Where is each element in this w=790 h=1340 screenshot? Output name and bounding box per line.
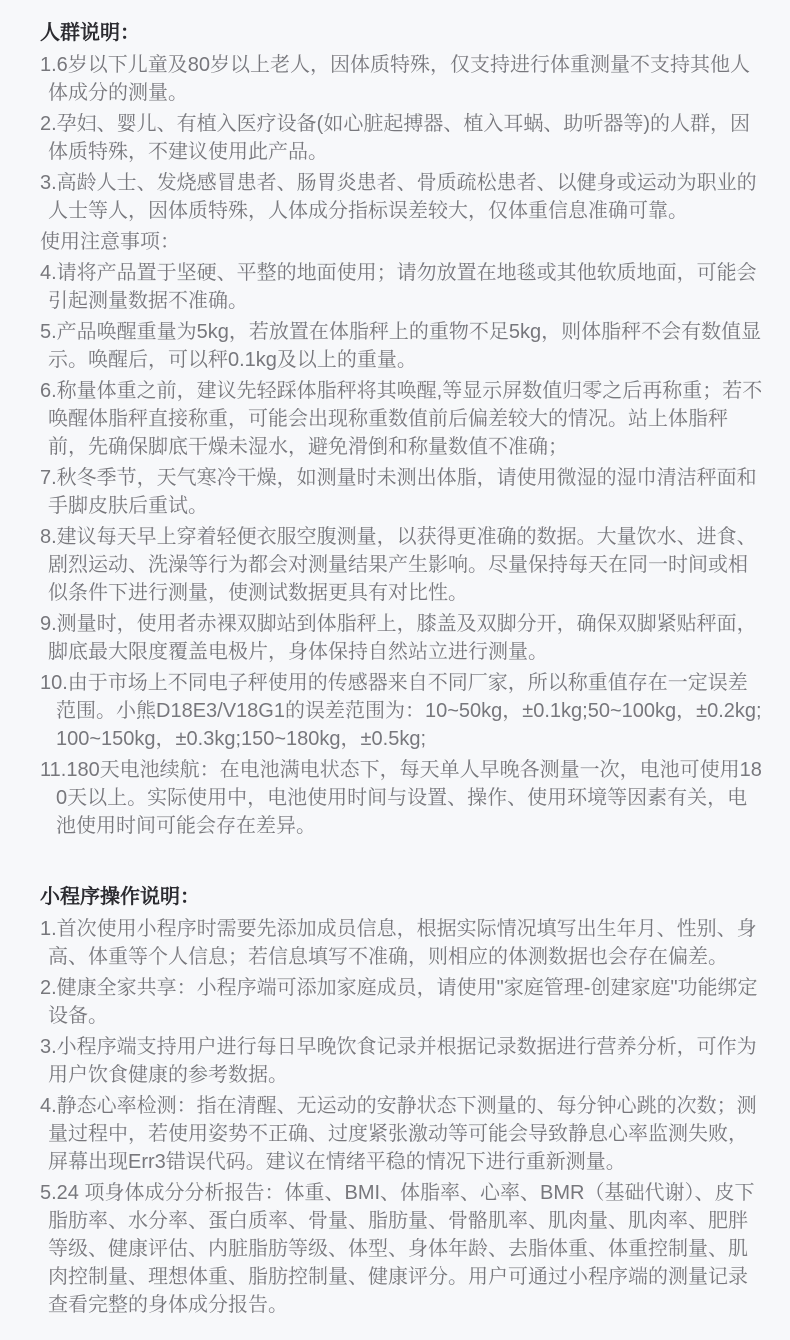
note-item-8: 8.建议每天早上穿着轻便衣服空腹测量，以获得更准确的数据。大量饮水、进食、剧烈运… <box>40 523 766 607</box>
note-item-7: 7.秋冬季节，天气寒冷干燥，如测量时未测出体脂，请使用微湿的湿巾清洁秤面和手脚皮… <box>40 464 766 520</box>
note-item-10: 10.由于市场上不同电子秤使用的传感器来自不同厂家，所以称重值存在一定误差范围。… <box>40 669 766 753</box>
note-item-4: 4.请将产品置于坚硬、平整的地面使用；请勿放置在地毯或其他软质地面，可能会引起测… <box>40 259 766 315</box>
product-description-page: 人群说明： 1.6岁以下儿童及80岁以上老人，因体质特殊，仅支持进行体重测量不支… <box>0 0 790 1319</box>
note-item-1: 1.6岁以下儿童及80岁以上老人，因体质特殊，仅支持进行体重测量不支持其他人体成… <box>40 51 766 107</box>
miniprogram-item-4: 4.静态心率检测：指在清醒、无运动的安静状态下测量的、每分钟心跳的次数；测量过程… <box>40 1092 766 1176</box>
note-item-11: 11.180天电池续航：在电池满电状态下，每天单人早晚各测量一次，电池可使用18… <box>40 756 766 840</box>
section-heading-miniprogram: 小程序操作说明： <box>40 882 766 912</box>
usage-precautions-label: 使用注意事项： <box>40 228 766 256</box>
miniprogram-item-2: 2.健康全家共享：小程序端可添加家庭成员，请使用"家庭管理-创建家庭"功能绑定设… <box>40 974 766 1030</box>
miniprogram-item-5: 5.24 项身体成分分析报告：体重、BMI、体脂率、心率、BMR（基础代谢）、皮… <box>40 1179 766 1319</box>
note-item-9: 9.测量时，使用者赤裸双脚站到体脂秤上，膝盖及双脚分开，确保双脚紧贴秤面，脚底最… <box>40 610 766 666</box>
section-population-notes: 人群说明： 1.6岁以下儿童及80岁以上老人，因体质特殊，仅支持进行体重测量不支… <box>40 18 766 840</box>
note-item-6: 6.称量体重之前，建议先轻踩体脂秤将其唤醒,等显示屏数值归零之后再称重；若不唤醒… <box>40 377 766 461</box>
section-miniprogram-notes: 小程序操作说明： 1.首次使用小程序时需要先添加成员信息，根据实际情况填写出生年… <box>40 882 766 1319</box>
miniprogram-item-3: 3.小程序端支持用户进行每日早晚饮食记录并根据记录数据进行营养分析，可作为用户饮… <box>40 1033 766 1089</box>
note-item-3: 3.高龄人士、发烧感冒患者、肠胃炎患者、骨质疏松患者、以健身或运动为职业的人士等… <box>40 169 766 225</box>
note-item-2: 2.孕妇、婴儿、有植入医疗设备(如心脏起搏器、植入耳蜗、助听器等)的人群，因体质… <box>40 110 766 166</box>
miniprogram-item-1: 1.首次使用小程序时需要先添加成员信息，根据实际情况填写出生年月、性别、身高、体… <box>40 915 766 971</box>
section-heading-population: 人群说明： <box>40 18 766 48</box>
note-item-5: 5.产品唤醒重量为5kg，若放置在体脂秤上的重物不足5kg，则体脂秤不会有数值显… <box>40 318 766 374</box>
